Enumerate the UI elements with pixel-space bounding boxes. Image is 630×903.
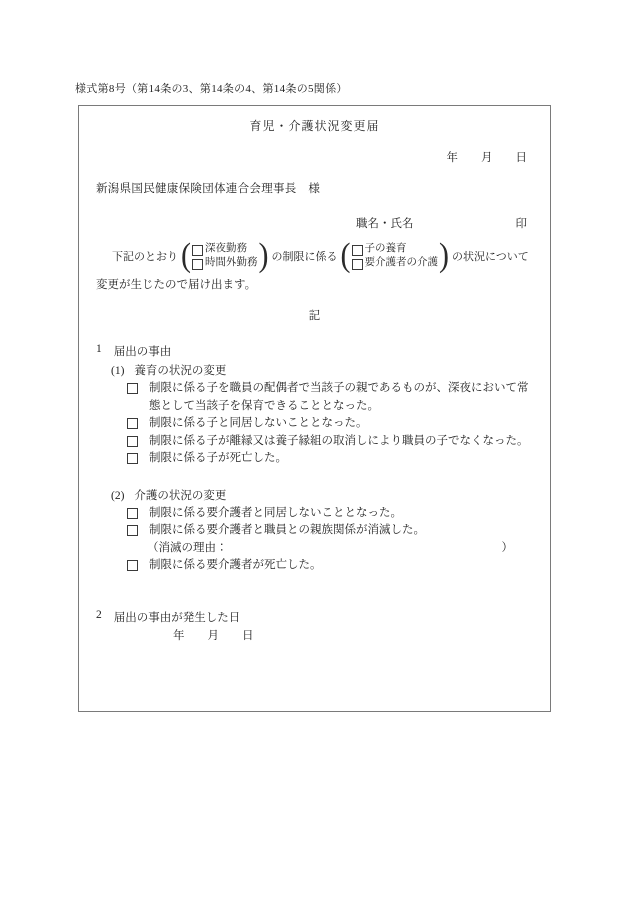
- item-text: 制限に係る要介護者と職員との親族関係が消滅した。: [149, 522, 425, 540]
- reason-field: （消滅の理由： ）: [96, 540, 533, 558]
- list-item: 制限に係る子を職員の配偶者で当該子の親であるものが、深夜において常態として当該子…: [96, 380, 533, 415]
- intro-suffix: の状況について: [450, 248, 531, 264]
- option-overtime-work: 時間外勤務: [192, 256, 258, 270]
- section-number: 2: [96, 609, 102, 625]
- section-title: 届出の事由が発生した日: [114, 609, 241, 625]
- section-2-heading: 2 届出の事由が発生した日: [96, 609, 533, 625]
- work-restriction-options: ( 深夜勤務 時間外勤務 ): [180, 241, 270, 271]
- checkbox-icon[interactable]: [352, 245, 363, 256]
- reason-label: （消滅の理由：: [147, 540, 228, 558]
- section-1: 1 届出の事由 (1) 養育の状況の変更 制限に係る子を職員の配偶者で当該子の親…: [96, 343, 533, 575]
- paren-open-icon: (: [180, 239, 192, 273]
- option-label: 時間外勤務: [205, 256, 258, 270]
- section-2: 2 届出の事由が発生した日 年 月 日: [96, 609, 533, 645]
- item-text: 制限に係る子と同居しないこととなった。: [149, 415, 368, 433]
- reason-close-paren: ）: [502, 540, 514, 558]
- checkbox-icon[interactable]: [352, 259, 363, 270]
- addressee-line: 新潟県国民健康保険団体連合会理事長 様: [96, 180, 533, 196]
- checkbox-icon[interactable]: [127, 418, 138, 429]
- item-text: 制限に係る子が死亡した。: [149, 450, 287, 468]
- option-label: 深夜勤務: [205, 242, 247, 256]
- section-title: 届出の事由: [114, 343, 172, 359]
- list-item: 制限に係る要介護者が死亡した。: [96, 557, 533, 575]
- paren-close-icon: ): [438, 239, 450, 273]
- section-1-heading: 1 届出の事由: [96, 343, 533, 359]
- form-border-box: 育児・介護状況変更届 年 月 日 新潟県国民健康保険団体連合会理事長 様 職名・…: [78, 105, 551, 712]
- subsection-1-1-heading: (1) 養育の状況の変更: [96, 362, 533, 380]
- checkbox-icon[interactable]: [192, 245, 203, 256]
- option-label: 子の養育: [365, 242, 407, 256]
- paren-close-icon: ): [258, 239, 270, 273]
- option-nursing-care: 要介護者の介護: [352, 256, 439, 270]
- item-text: 制限に係る要介護者が死亡した。: [149, 557, 322, 575]
- intro-row: 下記のとおり ( 深夜勤務 時間外勤務 ) の制限に係る (: [96, 241, 533, 271]
- checkbox-icon[interactable]: [192, 259, 203, 270]
- ki-heading: 記: [96, 307, 533, 323]
- checkbox-icon[interactable]: [127, 436, 138, 447]
- care-type-options: ( 子の養育 要介護者の介護 ): [340, 241, 451, 271]
- list-item: 制限に係る要介護者と同居しないこととなった。: [96, 505, 533, 523]
- intro-line2: 変更が生じたので届け出ます。: [96, 276, 533, 292]
- checkbox-icon[interactable]: [127, 525, 138, 536]
- subsection-number: (2): [111, 487, 124, 505]
- page-title: 育児・介護状況変更届: [96, 117, 533, 134]
- list-item: 制限に係る要介護者と職員との親族関係が消滅した。: [96, 522, 533, 540]
- item-text: 制限に係る子が離縁又は養子縁組の取消しにより職員の子でなくなった。: [149, 433, 529, 451]
- signature-line: 職名・氏名 印: [96, 215, 533, 230]
- item-text: 制限に係る子を職員の配偶者で当該子の親であるものが、深夜において常態として当該子…: [149, 380, 533, 415]
- list-item: 制限に係る子が離縁又は養子縁組の取消しにより職員の子でなくなった。: [96, 433, 533, 451]
- option-label: 要介護者の介護: [365, 256, 439, 270]
- date-line: 年 月 日: [96, 149, 533, 165]
- document-page: 様式第8号（第14条の3、第14条の4、第14条の5関係） 育児・介護状況変更届…: [0, 0, 630, 903]
- subsection-1-2-heading: (2) 介護の状況の変更: [96, 487, 533, 505]
- list-item: 制限に係る子が死亡した。: [96, 450, 533, 468]
- paren-open-icon: (: [340, 239, 352, 273]
- list-item: 制限に係る子と同居しないこととなった。: [96, 415, 533, 433]
- intro-prefix: 下記のとおり: [110, 248, 180, 264]
- checkbox-icon[interactable]: [127, 508, 138, 519]
- form-number: 様式第8号（第14条の3、第14条の4、第14条の5関係）: [75, 80, 348, 96]
- section-number: 1: [96, 343, 102, 359]
- occurrence-date-line: 年 月 日: [96, 627, 533, 645]
- seal-label: 印: [516, 215, 528, 231]
- subsection-number: (1): [111, 362, 124, 380]
- checkbox-icon[interactable]: [127, 560, 138, 571]
- option-night-work: 深夜勤務: [192, 242, 258, 256]
- option-childcare: 子の養育: [352, 242, 439, 256]
- subsection-title: 介護の状況の変更: [134, 487, 226, 505]
- checkbox-icon[interactable]: [127, 383, 138, 394]
- intro-mid: の制限に係る: [270, 248, 340, 264]
- item-text: 制限に係る要介護者と同居しないこととなった。: [149, 505, 402, 523]
- checkbox-icon[interactable]: [127, 453, 138, 464]
- subsection-title: 養育の状況の変更: [134, 362, 226, 380]
- signature-label: 職名・氏名: [356, 215, 414, 231]
